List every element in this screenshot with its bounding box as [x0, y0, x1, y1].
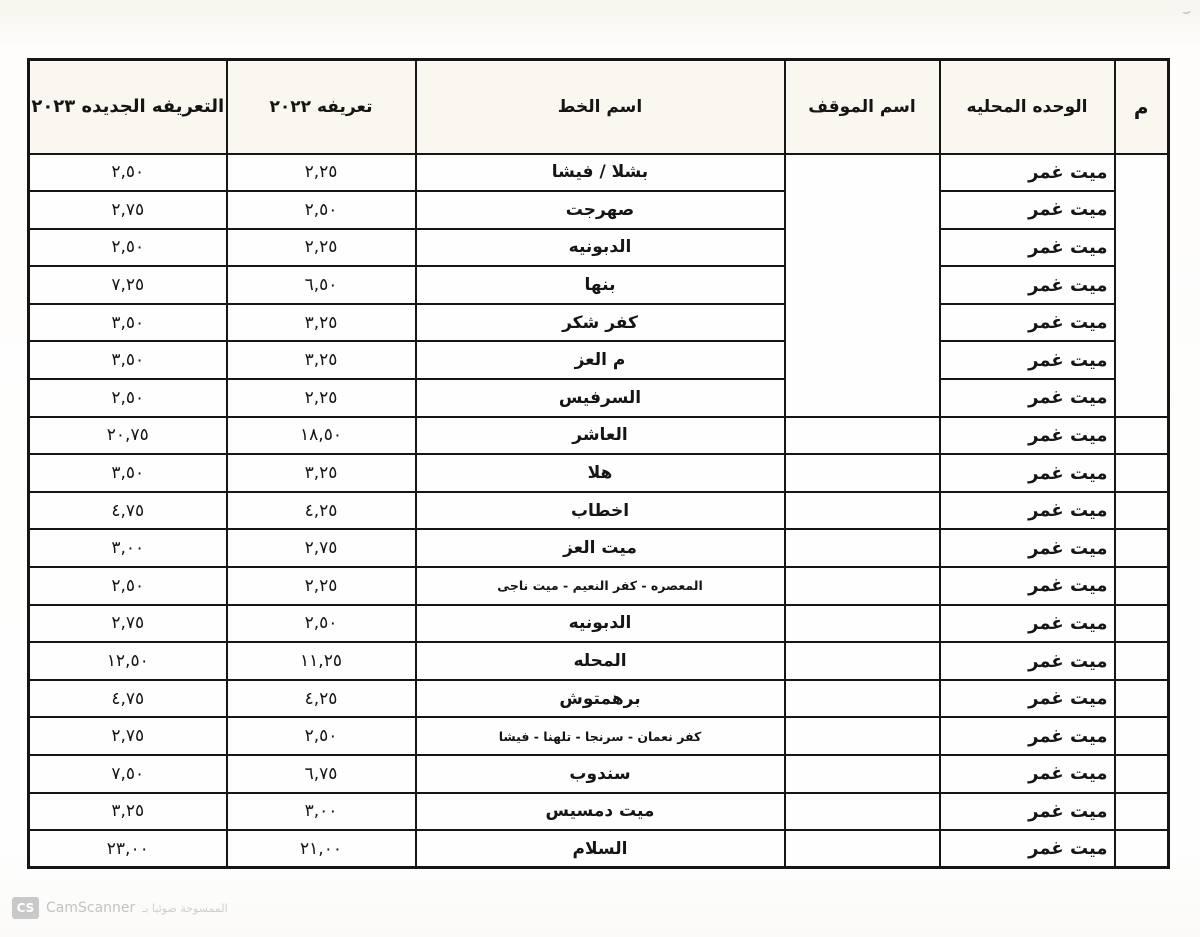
tariff-2023-cell: ٣,٠٠ [29, 529, 227, 567]
tariff-2023-cell: ٤,٧٥ [29, 680, 227, 718]
row-index-cell [1115, 755, 1169, 793]
table-row: ٧,٥٠ ٦,٧٥ سندوب ميت غمر [29, 755, 1169, 793]
tariff-2023-cell: ٢,٥٠ [29, 154, 227, 192]
table-row: ٢٣,٠٠ ٢١,٠٠ السلام ميت غمر [29, 830, 1169, 868]
tariff-2022-cell: ٢,٢٥ [227, 154, 416, 192]
local-unit-cell: ميت غمر [940, 454, 1115, 492]
table-row: ٢,٧٥ ٢,٥٠ صهرجت ميت غمر [29, 191, 1169, 229]
tariff-2022-cell: ٢,٥٠ [227, 717, 416, 755]
local-unit-cell: ميت غمر [940, 229, 1115, 267]
table-row: ٣,٢٥ ٣,٠٠ ميت دمسيس ميت غمر [29, 793, 1169, 831]
tariff-2022-cell: ٢,٥٠ [227, 191, 416, 229]
tariff-2023-cell: ٣,٢٥ [29, 793, 227, 831]
tariff-2023-cell: ٧,٥٠ [29, 755, 227, 793]
tariff-2023-cell: ٢,٥٠ [29, 567, 227, 605]
local-unit-cell: ميت غمر [940, 154, 1115, 192]
line-name-cell: الدبونيه [416, 229, 785, 267]
tariff-2023-cell: ٣,٥٠ [29, 304, 227, 342]
row-index-cell [1115, 567, 1169, 605]
tariff-2022-cell: ٢,٢٥ [227, 379, 416, 417]
local-unit-cell: ميت غمر [940, 642, 1115, 680]
local-unit-cell: ميت غمر [940, 341, 1115, 379]
row-index-cell [1115, 717, 1169, 755]
local-unit-cell: ميت غمر [940, 755, 1115, 793]
tariff-2022-cell: ٣,٢٥ [227, 304, 416, 342]
tariff-2022-cell: ٤,٢٥ [227, 680, 416, 718]
header-tariff-2022: تعريفه ٢٠٢٢ [227, 60, 416, 154]
line-name-cell: المعصره - كفر النعيم - ميت ناجى [416, 567, 785, 605]
tariff-2022-cell: ٢,٢٥ [227, 567, 416, 605]
table-row: ٧,٢٥ ٦,٥٠ بنها ميت غمر [29, 266, 1169, 304]
row-index-cell [1115, 642, 1169, 680]
table-row: ٣,٥٠ ٣,٢٥ هلا ميت غمر [29, 454, 1169, 492]
line-name-cell: السلام [416, 830, 785, 868]
stop-name-cell [785, 680, 940, 718]
table-row: ٢,٧٥ ٢,٥٠ الدبونيه ميت غمر [29, 605, 1169, 643]
local-unit-cell: ميت غمر [940, 191, 1115, 229]
table-row: ١٢,٥٠ ١١,٢٥ المحله ميت غمر [29, 642, 1169, 680]
stop-name-cell [785, 793, 940, 831]
table-row: ٤,٧٥ ٤,٢٥ برهمتوش ميت غمر [29, 680, 1169, 718]
table-row: ٢,٥٠ ٢,٢٥ المعصره - كفر النعيم - ميت ناج… [29, 567, 1169, 605]
local-unit-cell: ميت غمر [940, 680, 1115, 718]
row-index-cell [1115, 417, 1169, 455]
line-name-cell: بنها [416, 266, 785, 304]
local-unit-cell: ميت غمر [940, 605, 1115, 643]
tariff-2023-cell: ٢,٥٠ [29, 229, 227, 267]
tariff-2022-cell: ٤,٢٥ [227, 492, 416, 530]
stop-name-cell [785, 529, 940, 567]
stop-name-cell [785, 830, 940, 868]
tariff-2023-cell: ٢٣,٠٠ [29, 830, 227, 868]
table-row: ٣,٥٠ ٣,٢٥ كفر شكر ميت غمر [29, 304, 1169, 342]
line-name-cell: كفر نعمان - سرنجا - تلهنا - فيشا [416, 717, 785, 755]
line-name-cell: كفر شكر [416, 304, 785, 342]
row-index-cell [1115, 680, 1169, 718]
tariff-2023-cell: ٣,٥٠ [29, 341, 227, 379]
row-index-cell [1115, 793, 1169, 831]
local-unit-cell: ميت غمر [940, 304, 1115, 342]
header-row: التعريفه الجديده ٢٠٢٣ تعريفه ٢٠٢٢ اسم ال… [29, 60, 1169, 154]
line-name-cell: الدبونيه [416, 605, 785, 643]
line-name-cell: بشلا / فيشا [416, 154, 785, 192]
stop-name-cell [785, 454, 940, 492]
tariff-2022-cell: ١١,٢٥ [227, 642, 416, 680]
tariff-2022-cell: ٦,٧٥ [227, 755, 416, 793]
row-index-cell [1115, 454, 1169, 492]
table-row: ٤,٧٥ ٤,٢٥ اخطاب ميت غمر [29, 492, 1169, 530]
stop-name-cell-merged [785, 154, 940, 417]
local-unit-cell: ميت غمر [940, 266, 1115, 304]
tariff-2023-cell: ٤,٧٥ [29, 492, 227, 530]
header-local-unit: الوحده المحليه [940, 60, 1115, 154]
tariff-2022-cell: ٢,٥٠ [227, 605, 416, 643]
tariff-2022-cell: ٢,٧٥ [227, 529, 416, 567]
line-name-cell: العاشر [416, 417, 785, 455]
line-name-cell: ميت العز [416, 529, 785, 567]
tariff-2023-cell: ٢,٧٥ [29, 191, 227, 229]
table-row: ٢,٥٠ ٢,٢٥ بشلا / فيشا ميت غمر [29, 154, 1169, 192]
local-unit-cell: ميت غمر [940, 793, 1115, 831]
stop-name-cell [785, 717, 940, 755]
table-row: ٢,٥٠ ٢,٢٥ الدبونيه ميت غمر [29, 229, 1169, 267]
local-unit-cell: ميت غمر [940, 379, 1115, 417]
stop-name-cell [785, 605, 940, 643]
table-row: ٣,٥٠ ٣,٢٥ م العز ميت غمر [29, 341, 1169, 379]
line-name-cell: صهرجت [416, 191, 785, 229]
tariff-2023-cell: ٢٠,٧٥ [29, 417, 227, 455]
tariff-2023-cell: ٢,٧٥ [29, 717, 227, 755]
header-row-index: م [1115, 60, 1169, 154]
line-name-cell: هلا [416, 454, 785, 492]
row-index-cell [1115, 830, 1169, 868]
row-index-cell-merged [1115, 154, 1169, 417]
stop-name-cell [785, 642, 940, 680]
tariff-2023-cell: ٧,٢٥ [29, 266, 227, 304]
camscanner-watermark: CS CamScanner الممسوحة ضوئيا بـ [12, 897, 228, 919]
stop-name-cell [785, 492, 940, 530]
stop-name-cell [785, 417, 940, 455]
table-row: ٢٠,٧٥ ١٨,٥٠ العاشر ميت غمر [29, 417, 1169, 455]
header-stop-name: اسم الموقف [785, 60, 940, 154]
row-index-cell [1115, 492, 1169, 530]
local-unit-cell: ميت غمر [940, 529, 1115, 567]
row-index-cell [1115, 605, 1169, 643]
tariff-2023-cell: ١٢,٥٠ [29, 642, 227, 680]
header-line-name: اسم الخط [416, 60, 785, 154]
tariff-2022-cell: ٢,٢٥ [227, 229, 416, 267]
line-name-cell: المحله [416, 642, 785, 680]
line-name-cell: ميت دمسيس [416, 793, 785, 831]
camscanner-brand-text: CamScanner [46, 900, 135, 916]
camscanner-arabic-label: الممسوحة ضوئيا بـ [142, 902, 227, 915]
row-index-cell [1115, 529, 1169, 567]
line-name-cell: برهمتوش [416, 680, 785, 718]
line-name-cell: سندوب [416, 755, 785, 793]
local-unit-cell: ميت غمر [940, 417, 1115, 455]
tariff-2022-cell: ٣,٠٠ [227, 793, 416, 831]
local-unit-cell: ميت غمر [940, 717, 1115, 755]
camscanner-logo-icon: CS [12, 897, 39, 919]
tariff-2023-cell: ٢,٧٥ [29, 605, 227, 643]
tariff-2022-cell: ٣,٢٥ [227, 341, 416, 379]
tariff-2023-cell: ٢,٥٠ [29, 379, 227, 417]
tariff-2022-cell: ٣,٢٥ [227, 454, 416, 492]
tariff-2022-cell: ٢١,٠٠ [227, 830, 416, 868]
line-name-cell: م العز [416, 341, 785, 379]
fare-tariff-table: التعريفه الجديده ٢٠٢٣ تعريفه ٢٠٢٢ اسم ال… [27, 58, 1170, 869]
header-new-tariff-2023: التعريفه الجديده ٢٠٢٣ [29, 60, 227, 154]
local-unit-cell: ميت غمر [940, 830, 1115, 868]
line-name-cell: اخطاب [416, 492, 785, 530]
tariff-2022-cell: ١٨,٥٠ [227, 417, 416, 455]
stop-name-cell [785, 567, 940, 605]
tariff-2023-cell: ٣,٥٠ [29, 454, 227, 492]
local-unit-cell: ميت غمر [940, 567, 1115, 605]
table-row: ٢,٧٥ ٢,٥٠ كفر نعمان - سرنجا - تلهنا - في… [29, 717, 1169, 755]
table-row: ٢,٥٠ ٢,٢٥ السرفيس ميت غمر [29, 379, 1169, 417]
line-name-cell: السرفيس [416, 379, 785, 417]
tariff-2022-cell: ٦,٥٠ [227, 266, 416, 304]
table-row: ٣,٠٠ ٢,٧٥ ميت العز ميت غمر [29, 529, 1169, 567]
local-unit-cell: ميت غمر [940, 492, 1115, 530]
stop-name-cell [785, 755, 940, 793]
